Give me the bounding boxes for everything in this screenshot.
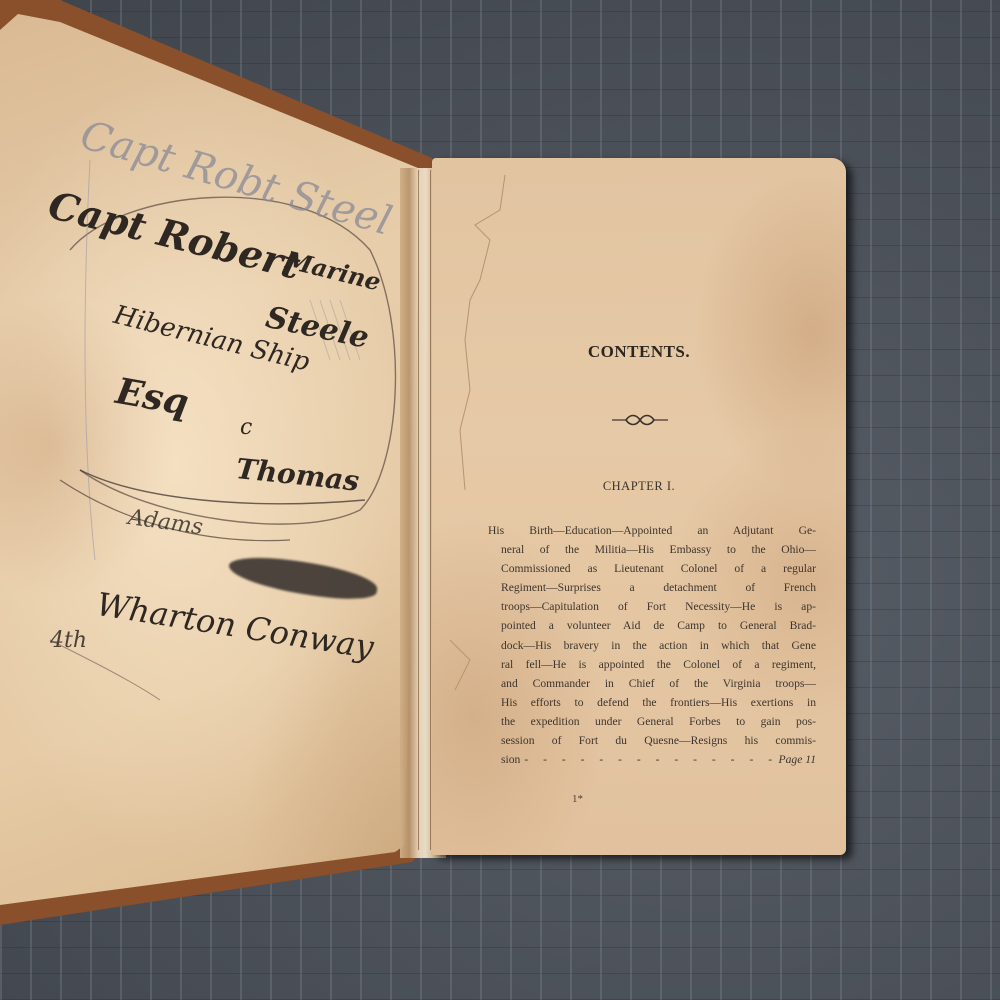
toc-line: Commissioned as Lieutenant Colonel of a …: [488, 559, 816, 578]
printer-signature-mark: 1*: [572, 793, 583, 805]
handwritten-inscriptions: Capt Robt Steel Capt Robert Marine Steel…: [0, 0, 440, 930]
binding-edge: [430, 170, 431, 850]
dot-leader: - - - - - - - - - - - - - -: [520, 750, 778, 769]
toc-line: session of Fort du Quesne—Resigns his co…: [488, 731, 816, 750]
toc-line: neral of the Militia—His Embassy to the …: [488, 540, 816, 559]
toc-line: troops—Capitulation of Fort Necessity—He…: [488, 597, 816, 616]
toc-line: the expedition under General Forbes to g…: [488, 712, 816, 731]
toc-line: His Birth—Education—Appointed an Adjutan…: [488, 521, 816, 540]
page-title: CONTENTS.: [432, 342, 846, 362]
decorative-knot-icon: [612, 413, 668, 427]
toc-last-line: sion - - - - - - - - - - - - - - Page 11: [488, 750, 816, 769]
binding-thread: [418, 170, 419, 850]
page-reference: Page 11: [779, 750, 816, 769]
toc-line: His efforts to defend the frontiers—His …: [488, 693, 816, 712]
toc-line: Regiment—Surprises a detachment of Frenc…: [488, 578, 816, 597]
toc-line: and Commander in Chief of the Virginia t…: [488, 674, 816, 693]
toc-line: pointed a volunteer Aid de Camp to Gener…: [488, 616, 816, 635]
ink-inscription-line: 4th: [50, 628, 87, 653]
chapter-heading: CHAPTER I.: [432, 479, 846, 494]
toc-line: dock—His bravery in the action in which …: [488, 636, 816, 655]
pencil-oval-outline: [0, 0, 440, 930]
toc-line: ral fell—He is appointed the Colonel of …: [488, 655, 816, 674]
toc-entry-chapter-1: His Birth—Education—Appointed an Adjutan…: [488, 521, 816, 769]
toc-line-end: sion: [501, 750, 520, 769]
ink-inscription-line: c: [240, 415, 252, 440]
